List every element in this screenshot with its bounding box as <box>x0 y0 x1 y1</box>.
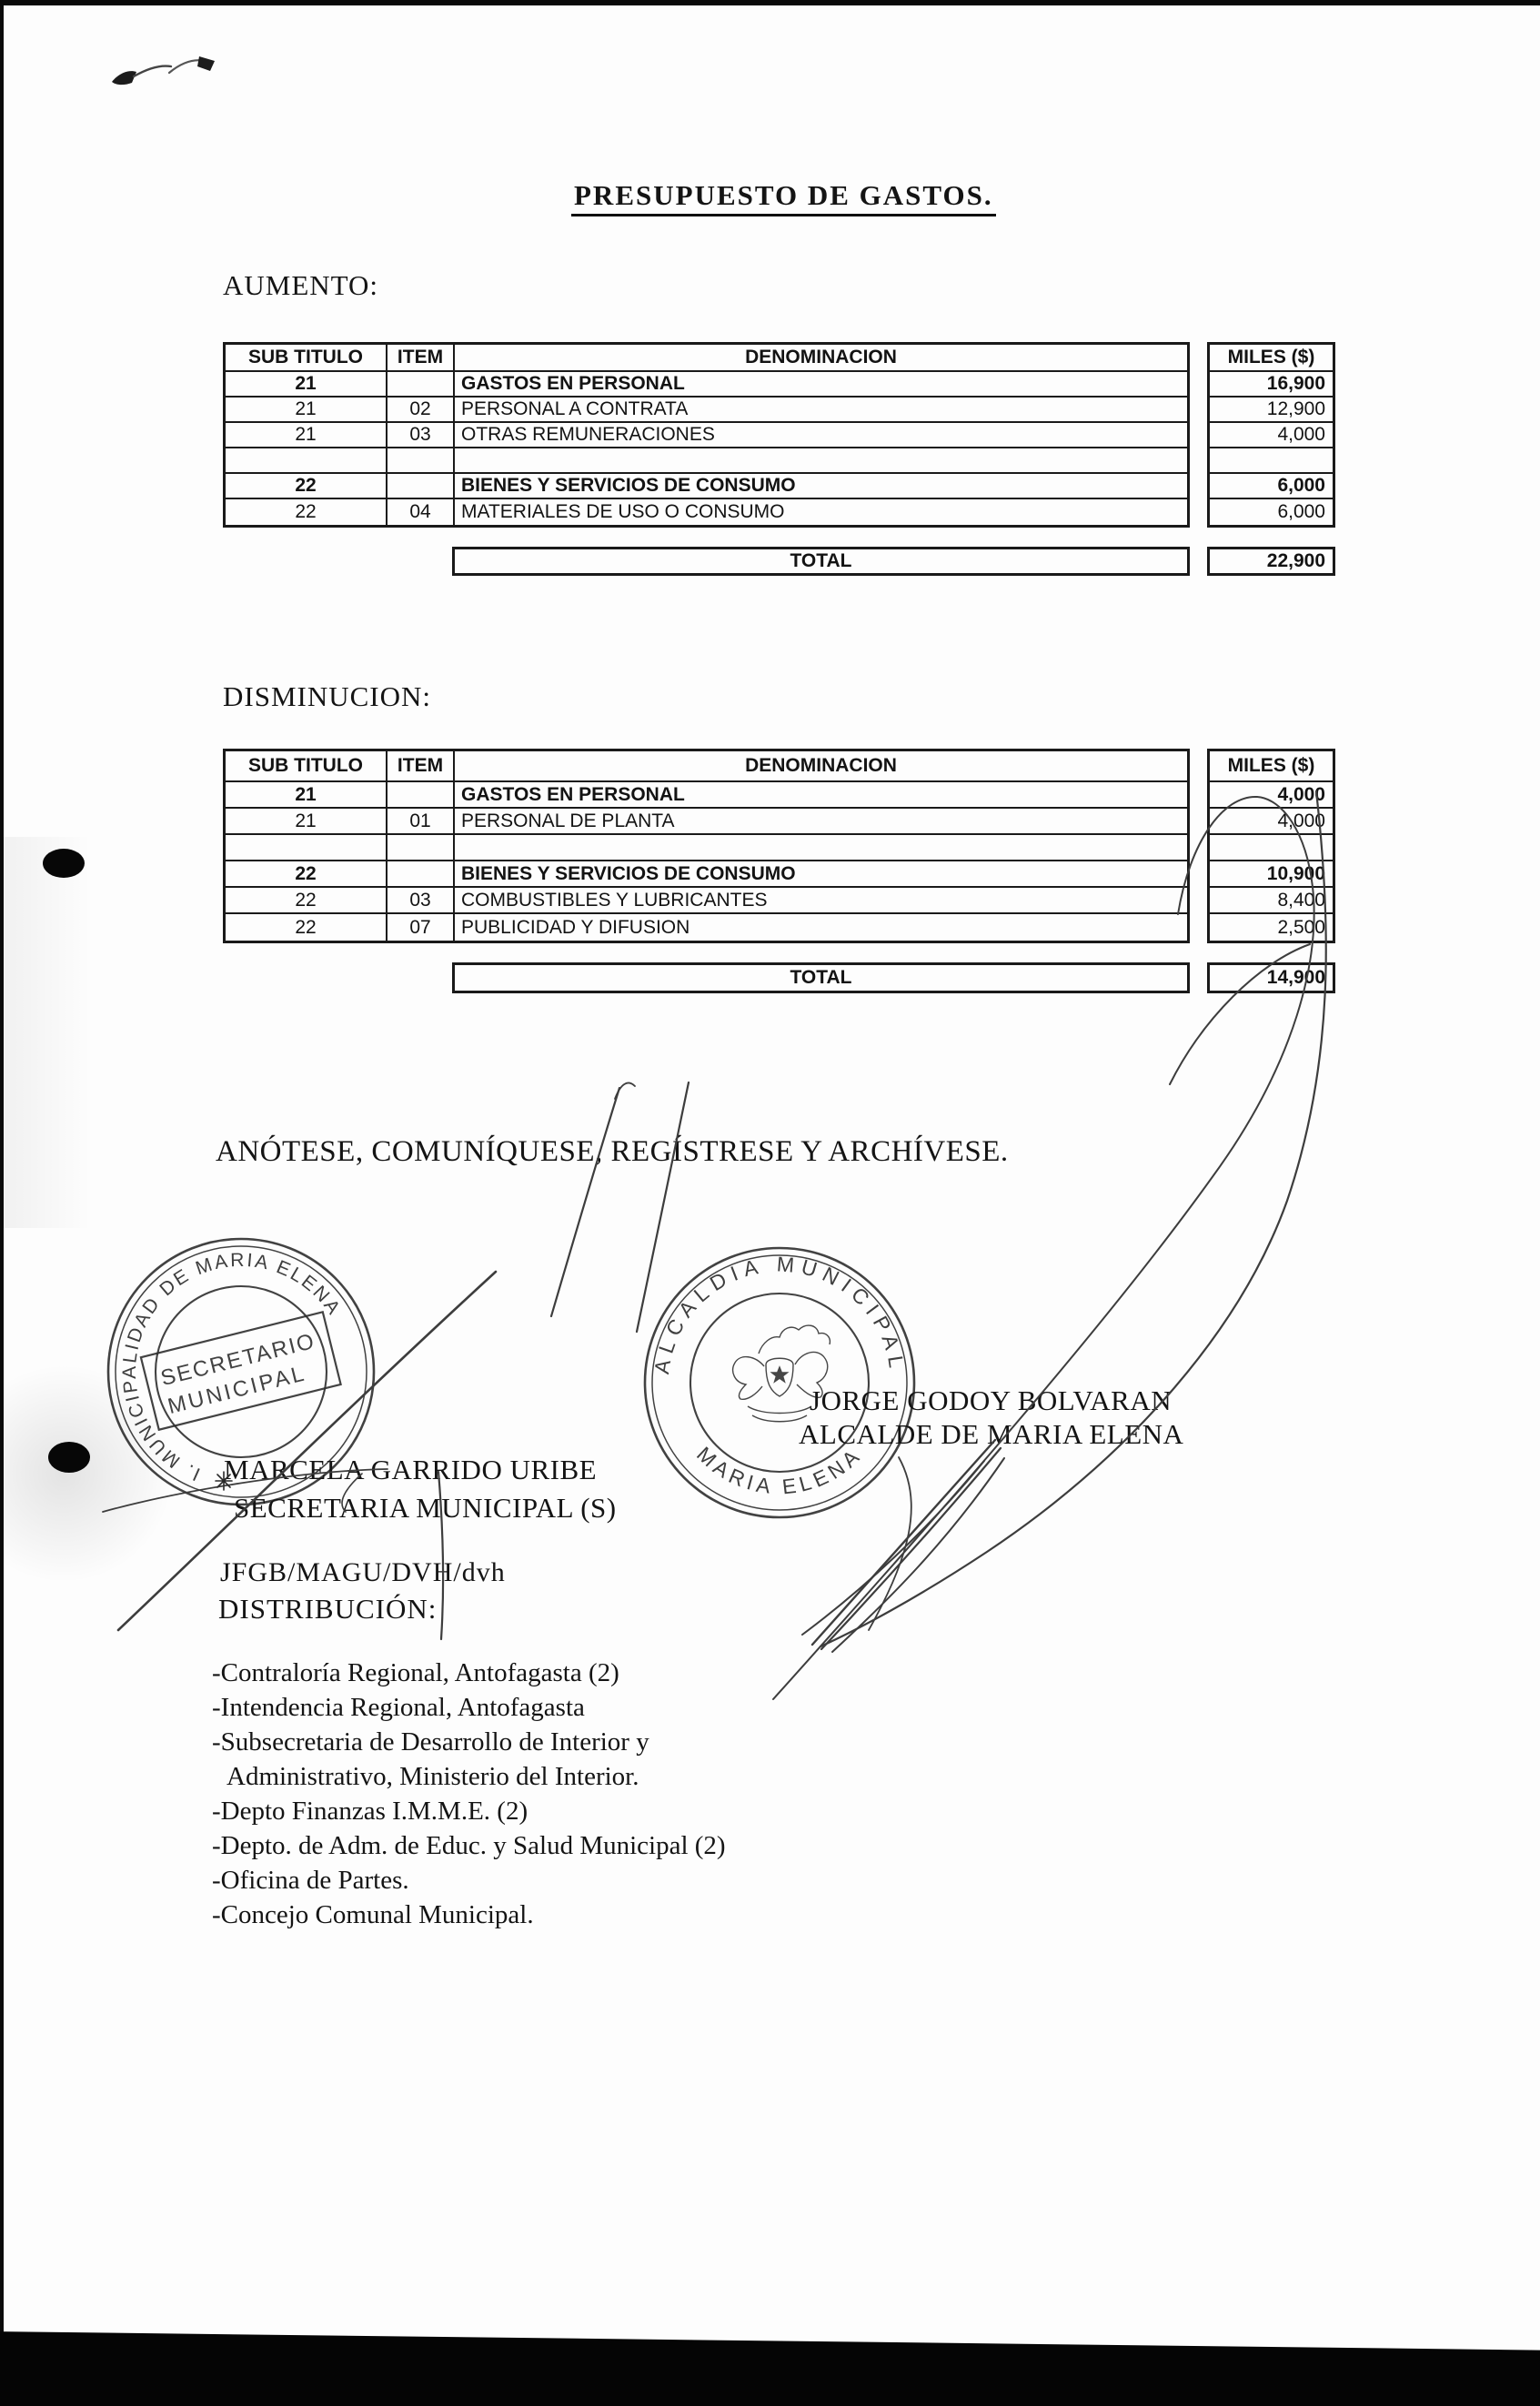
cell-sub-titulo: 21 <box>226 782 388 807</box>
cell-denominacion: PUBLICIDAD Y DIFUSION <box>455 914 1187 941</box>
cell-miles: 6,000 <box>1210 499 1333 525</box>
cell-sub-titulo: 22 <box>226 888 388 912</box>
cell-item: 02 <box>388 398 455 421</box>
cell-denominacion: GASTOS EN PERSONAL <box>455 372 1187 396</box>
table-header-row: MILES ($) <box>1210 345 1333 372</box>
total-value-aumento: 22,900 <box>1207 547 1335 576</box>
table-row: 22 BIENES Y SERVICIOS DE CONSUMO <box>226 861 1187 888</box>
total-label-disminucion: TOTAL <box>452 962 1190 993</box>
distribution-item: -Depto Finanzas I.M.M.E. (2) <box>212 1794 726 1828</box>
cell-miles: 4,000 <box>1210 423 1333 447</box>
cell-sub-titulo: 21 <box>226 809 388 833</box>
table-row: 21 GASTOS EN PERSONAL <box>226 372 1187 398</box>
table-row: 21 GASTOS EN PERSONAL <box>226 782 1187 809</box>
miles-column: MILES ($) 4,000 4,000 10,900 8,400 2,500 <box>1207 749 1335 943</box>
distribution-item: -Depto. de Adm. de Educ. y Salud Municip… <box>212 1828 726 1863</box>
document-title: PRESUPUESTO DE GASTOS. <box>571 179 996 216</box>
scan-edge-top <box>0 0 1540 5</box>
table-row: 6,000 <box>1210 474 1333 499</box>
cell-item: 03 <box>388 888 455 912</box>
table-row-blank <box>1210 835 1333 861</box>
section-heading-aumento: AUMENTO: <box>223 269 378 302</box>
distribution-list: -Contraloría Regional, Antofagasta (2) -… <box>212 1656 726 1932</box>
col-header-miles: MILES ($) <box>1210 751 1333 780</box>
svg-text:ALCALDIA MUNICIPAL: ALCALDIA MUNICIPAL <box>649 1252 910 1375</box>
scan-edge-left <box>0 0 4 2340</box>
cell-sub-titulo: 22 <box>226 914 388 941</box>
budget-table-disminucion: SUB TITULO ITEM DENOMINACION 21 GASTOS E… <box>223 749 1190 943</box>
cell-miles: 12,900 <box>1210 398 1333 421</box>
cell-denominacion <box>455 835 1187 860</box>
table-body: SUB TITULO ITEM DENOMINACION 21 GASTOS E… <box>223 749 1190 943</box>
alcalde-title: ALCALDE DE MARIA ELENA <box>799 1418 1183 1451</box>
cell-item <box>388 835 455 860</box>
scan-smudge <box>0 837 91 1228</box>
section-heading-disminucion: DISMINUCION: <box>223 680 431 713</box>
table-row: 10,900 <box>1210 861 1333 888</box>
cell-item <box>388 474 455 498</box>
table-row: 6,000 <box>1210 499 1333 525</box>
cell-miles <box>1210 835 1333 860</box>
col-header-denominacion: DENOMINACION <box>455 345 1187 370</box>
distribution-item: -Subsecretaria de Desarrollo de Interior… <box>212 1725 726 1759</box>
table-row: 22 07 PUBLICIDAD Y DIFUSION <box>226 914 1187 941</box>
col-header-sub-titulo: SUB TITULO <box>226 751 388 780</box>
distribution-heading: DISTRIBUCIÓN: <box>218 1593 437 1626</box>
alcalde-name: JORGE GODOY BOLVARAN <box>810 1384 1172 1417</box>
col-header-item: ITEM <box>388 751 455 780</box>
secretaria-name: MARCELA GARRIDO URIBE <box>224 1454 597 1486</box>
col-header-item: ITEM <box>388 345 455 370</box>
cell-item <box>388 448 455 472</box>
table-row: 4,000 <box>1210 809 1333 835</box>
cell-denominacion: MATERIALES DE USO O CONSUMO <box>455 499 1187 525</box>
table-row: 4,000 <box>1210 423 1333 448</box>
cell-miles: 4,000 <box>1210 782 1333 807</box>
scanned-document-page: PRESUPUESTO DE GASTOS. AUMENTO: SUB TITU… <box>0 0 1540 2406</box>
cell-miles <box>1210 448 1333 472</box>
cell-denominacion: OTRAS REMUNERACIONES <box>455 423 1187 447</box>
cell-item: 03 <box>388 423 455 447</box>
scan-bottom-band <box>0 2325 1540 2406</box>
cell-denominacion: BIENES Y SERVICIOS DE CONSUMO <box>455 474 1187 498</box>
table-header-row: SUB TITULO ITEM DENOMINACION <box>226 345 1187 372</box>
col-header-denominacion: DENOMINACION <box>455 751 1187 780</box>
table-row: 21 02 PERSONAL A CONTRATA <box>226 398 1187 423</box>
total-label-aumento: TOTAL <box>452 547 1190 576</box>
cell-sub-titulo: 21 <box>226 423 388 447</box>
cell-sub-titulo <box>226 835 388 860</box>
cell-sub-titulo: 21 <box>226 372 388 396</box>
cell-sub-titulo: 22 <box>226 474 388 498</box>
stamp-top-text: ALCALDIA MUNICIPAL <box>649 1252 910 1375</box>
cell-item <box>388 372 455 396</box>
cell-miles: 16,900 <box>1210 372 1333 396</box>
table-row: 21 01 PERSONAL DE PLANTA <box>226 809 1187 835</box>
cell-sub-titulo: 22 <box>226 499 388 525</box>
table-row: 8,400 <box>1210 888 1333 914</box>
miles-column: MILES ($) 16,900 12,900 4,000 6,000 6,00… <box>1207 342 1335 528</box>
cell-miles: 8,400 <box>1210 888 1333 912</box>
cell-item <box>388 782 455 807</box>
cell-denominacion: COMBUSTIBLES Y LUBRICANTES <box>455 888 1187 912</box>
cell-sub-titulo: 22 <box>226 861 388 886</box>
table-body: SUB TITULO ITEM DENOMINACION 21 GASTOS E… <box>223 342 1190 528</box>
distribution-item: -Intendencia Regional, Antofagasta <box>212 1690 726 1725</box>
mayor-stamp: ALCALDIA MUNICIPAL MARIA ELENA <box>639 1237 921 1530</box>
cell-sub-titulo <box>226 448 388 472</box>
table-row: 16,900 <box>1210 372 1333 398</box>
cell-denominacion: GASTOS EN PERSONAL <box>455 782 1187 807</box>
col-header-miles: MILES ($) <box>1210 345 1333 370</box>
secretaria-title: SECRETARIA MUNICIPAL (S) <box>234 1492 617 1525</box>
total-value-disminucion: 14,900 <box>1207 962 1335 993</box>
cell-denominacion: BIENES Y SERVICIOS DE CONSUMO <box>455 861 1187 886</box>
cell-item <box>388 861 455 886</box>
budget-table-aumento: SUB TITULO ITEM DENOMINACION 21 GASTOS E… <box>223 342 1190 528</box>
pen-mark <box>112 56 215 85</box>
distribution-item: -Oficina de Partes. <box>212 1863 726 1898</box>
table-header-row: MILES ($) <box>1210 751 1333 782</box>
reference-code: JFGB/MAGU/DVH/dvh <box>220 1557 506 1588</box>
cell-denominacion: PERSONAL A CONTRATA <box>455 398 1187 421</box>
table-row: 22 03 COMBUSTIBLES Y LUBRICANTES <box>226 888 1187 914</box>
table-row: 4,000 <box>1210 782 1333 809</box>
table-row-blank <box>226 448 1187 474</box>
closing-line: ANÓTESE, COMUNÍQUESE, REGÍSTRESE Y ARCHÍ… <box>216 1135 1009 1169</box>
cell-denominacion <box>455 448 1187 472</box>
cell-miles: 10,900 <box>1210 861 1333 886</box>
cell-denominacion: PERSONAL DE PLANTA <box>455 809 1187 833</box>
table-row: 22 04 MATERIALES DE USO O CONSUMO <box>226 499 1187 525</box>
table-header-row: SUB TITULO ITEM DENOMINACION <box>226 751 1187 782</box>
cell-miles: 2,500 <box>1210 914 1333 941</box>
table-row: 12,900 <box>1210 398 1333 423</box>
distribution-item: -Concejo Comunal Municipal. <box>212 1898 726 1932</box>
table-row-blank <box>1210 448 1333 474</box>
table-row: 22 BIENES Y SERVICIOS DE CONSUMO <box>226 474 1187 499</box>
cell-miles: 4,000 <box>1210 809 1333 833</box>
table-row-blank <box>226 835 1187 861</box>
distribution-item: Administrativo, Ministerio del Interior. <box>212 1759 726 1794</box>
cell-miles: 6,000 <box>1210 474 1333 498</box>
cell-item: 01 <box>388 809 455 833</box>
cell-item: 04 <box>388 499 455 525</box>
cell-sub-titulo: 21 <box>226 398 388 421</box>
table-row: 2,500 <box>1210 914 1333 941</box>
distribution-item: -Contraloría Regional, Antofagasta (2) <box>212 1656 726 1690</box>
table-row: 21 03 OTRAS REMUNERACIONES <box>226 423 1187 448</box>
col-header-sub-titulo: SUB TITULO <box>226 345 388 370</box>
cell-item: 07 <box>388 914 455 941</box>
